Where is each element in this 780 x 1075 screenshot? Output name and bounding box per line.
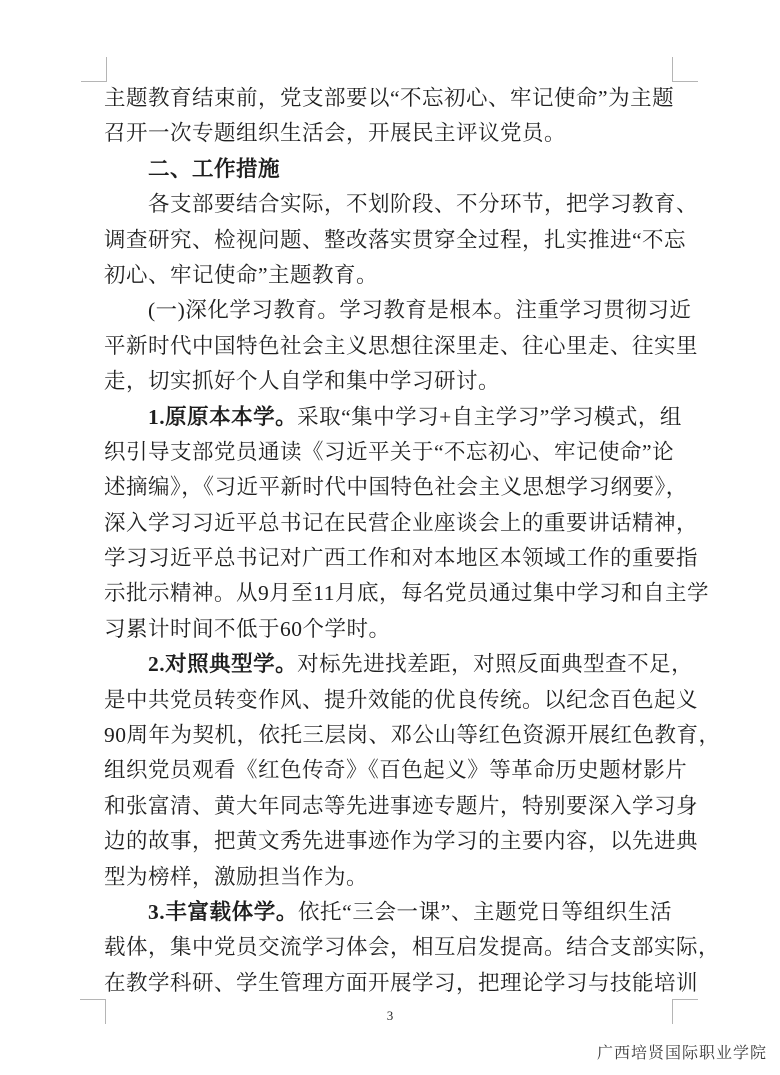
text-line: 载体，集中党员交流学习体会，相互启发提高。结合支部实际， <box>104 930 672 965</box>
bold-lead: 3.丰富载体学。 <box>148 900 298 924</box>
page-number: 3 <box>0 1008 780 1024</box>
text-line: 90周年为契机，依托三层岗、邓公山等红色资源开展红色教育， <box>104 718 672 753</box>
bold-lead: 1.原原本本学。 <box>148 405 297 429</box>
bold-lead: 2.对照典型学。 <box>148 652 297 676</box>
document-page: 主题教育结束前，党支部要以“不忘初心、牢记使命”为主题召开一次专题组织生活会，开… <box>0 0 780 1075</box>
text-line: 二、工作措施 <box>104 152 672 187</box>
text-line: 型为榜样，激励担当作为。 <box>104 860 672 895</box>
text-line: 2.对照典型学。对标先进找差距，对照反面典型查不足， <box>104 647 672 682</box>
text-line: 召开一次专题组织生活会，开展民主评议党员。 <box>104 116 672 151</box>
text-line: 示批示精神。从9月至11月底，每名党员通过集中学习和自主学 <box>104 576 672 611</box>
text-line: 主题教育结束前，党支部要以“不忘初心、牢记使命”为主题 <box>104 81 672 116</box>
margin-mark-top-right <box>672 57 698 82</box>
text-line: 初心、牢记使命”主题教育。 <box>104 258 672 293</box>
text-line: 学习习近平总书记对广西工作和对本地区本领域工作的重要指 <box>104 541 672 576</box>
text-line: 织引导支部党员通读《习近平关于“不忘初心、牢记使命”论 <box>104 435 672 470</box>
text-line: (一)深化学习教育。学习教育是根本。注重学习贯彻习近 <box>104 293 672 328</box>
text-line: 3.丰富载体学。依托“三会一课”、主题党日等组织生活 <box>104 895 672 930</box>
margin-mark-top-left <box>81 57 107 82</box>
footer-watermark: 广西培贤国际职业学院 <box>597 1040 767 1063</box>
text-line: 深入学习习近平总书记在民营企业座谈会上的重要讲话精神， <box>104 506 672 541</box>
text-line: 和张富清、黄大年同志等先进事迹专题片，特别要深入学习身 <box>104 789 672 824</box>
document-body: 主题教育结束前，党支部要以“不忘初心、牢记使命”为主题召开一次专题组织生活会，开… <box>104 81 672 1001</box>
text-line: 平新时代中国特色社会主义思想往深里走、往心里走、往实里 <box>104 329 672 364</box>
text-line: 是中共党员转变作风、提升效能的优良传统。以纪念百色起义 <box>104 683 672 718</box>
text-line: 习累计时间不低于60个学时。 <box>104 612 672 647</box>
text-line: 组织党员观看《红色传奇》《百色起义》等革命历史题材影片 <box>104 753 672 788</box>
text-line: 边的故事，把黄文秀先进事迹作为学习的主要内容，以先进典 <box>104 824 672 859</box>
text-line: 调查研究、检视问题、整改落实贯穿全过程，扎实推进“不忘 <box>104 223 672 258</box>
text-line: 在教学科研、学生管理方面开展学习，把理论学习与技能培训 <box>104 966 672 1001</box>
text-line: 走，切实抓好个人自学和集中学习研讨。 <box>104 364 672 399</box>
text-line: 各支部要结合实际，不划阶段、不分环节，把学习教育、 <box>104 187 672 222</box>
text-line: 述摘编》，《习近平新时代中国特色社会主义思想学习纲要》， <box>104 470 672 505</box>
text-line: 1.原原本本学。采取“集中学习+自主学习”学习模式，组 <box>104 400 672 435</box>
